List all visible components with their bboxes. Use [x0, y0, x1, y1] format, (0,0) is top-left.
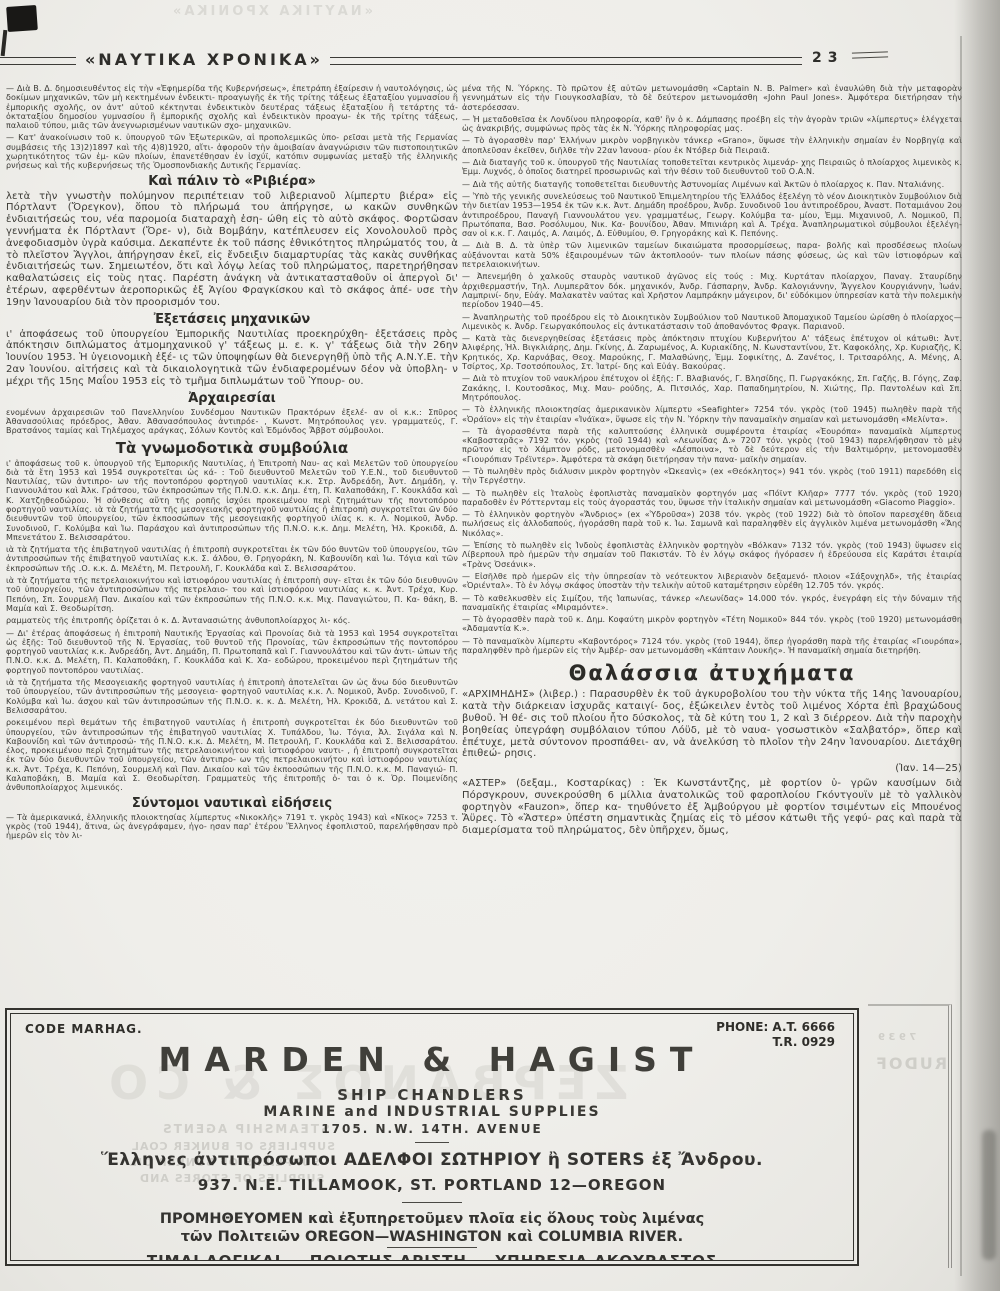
bleed-through-right-numbers: 7 9 3 9 — [878, 1032, 916, 1043]
masthead-rule-right — [330, 57, 802, 65]
section-heading: Τὰ γνωμοδοτικὰ συμβούλια — [6, 439, 458, 457]
ad-divider — [402, 1202, 462, 1203]
ad-divider — [387, 1247, 477, 1248]
news-paragraph: — Ἀναπληρωτὴς τοῦ προέδρου εἰς τὸ Διοικη… — [462, 313, 962, 332]
news-paragraph: «ΑΡΧΙΜΗΔΗΣ» (λιβερ.) : Παρασυρθὲν ἐκ τοῦ… — [462, 689, 962, 760]
news-paragraph: ι' ἀποφάσεως τοῦ κ. ὑπουργοῦ τῆς Ἐμπορικ… — [6, 459, 458, 543]
news-paragraph: — Τὰ ἀμερικανικά, ἑλληνικῆς πλοιοκτησίας… — [6, 813, 458, 841]
news-paragraph: — Κατ' ἀνακοίνωσιν τοῦ κ. ὑπουργοῦ τῶν Ἐ… — [6, 133, 458, 170]
news-paragraph: ιὰ τὰ ζητήματα τῆς πετρελαιοκινήτου καὶ … — [6, 576, 458, 613]
news-paragraph: ι' ἀποφάσεως τοῦ ὑπουργείου Ἐμπορικῆς Να… — [6, 329, 458, 388]
section-heading: Σύντομοι ναυτικαὶ εἰδήσεις — [6, 796, 458, 811]
news-paragraph: ενομένων ἀρχαιρεσιῶν τοῦ Πανελληνίου Συν… — [6, 408, 458, 436]
news-paragraph: — Τὰ ἀγορασθέντα παρὰ τῆς καλυπτούσης ἑλ… — [462, 427, 962, 464]
section-heading: Ἐξετάσεις μηχανικῶν — [6, 312, 458, 327]
news-paragraph: — Ἡ μεταδοθεῖσα ἐκ Λονδίνου πληροφορία, … — [462, 115, 962, 134]
page-number: 23 — [812, 50, 843, 66]
ad-services-line1: ΠΡΟΜΗΘΕΥΟΜΕΝ καὶ ἐξυπηρετοῦμεν πλοῖα εἰς… — [11, 1210, 853, 1228]
ad-portland-address: 937. N.E. TILLAMOOK, ST. PORTLAND 12—ORE… — [11, 1176, 853, 1194]
news-paragraph: — Διὰ τὸ πτυχίον τοῦ ναυκλήρου ἐπέτυχον … — [462, 374, 962, 402]
scanned-magazine-page: «ΝΑΥΤΙΚΑ ΧΡΟΝΙΚΑ» «ΝΑΥΤΙΚΑ ΧΡΟΝΙΚΑ» 23 —… — [0, 0, 1000, 1291]
ad-greek-agents-line: Ἕλληνες ἀντιπρόσωποι ΑΔΕΛΦΟΙ ΣΩΤΗΡΙΟΥ ἢ … — [11, 1150, 853, 1170]
ad-street-address: 1705. N.W. 14TH. AVENUE — [11, 1122, 853, 1136]
news-paragraph: — Ὑπὸ τῆς γενικῆς συνελεύσεως τοῦ Ναυτικ… — [462, 192, 962, 238]
bleed-through-masthead: «ΝΑΥΤΙΚΑ ΧΡΟΝΙΚΑ» — [170, 4, 373, 19]
news-paragraph: μένα τῆς Ν. Ὑόρκης. Τὸ πρῶτον ἐξ αὐτῶν μ… — [462, 84, 962, 112]
news-paragraph: ιὰ τὰ ζητήματα τῆς Μεσογειακῆς φορτηγοῦ … — [6, 678, 458, 715]
ad-subtitle-supplies: MARINE and INDUSTRIAL SUPPLIES — [11, 1104, 853, 1120]
news-paragraph: λετὰ τὴν γνωστὴν πολύμηνον περιπέτειαν τ… — [6, 191, 458, 309]
scan-ink-blot — [6, 5, 38, 32]
news-paragraph: ροκειμένου περὶ θεμάτων τῆς ἐπιβατηγοῦ ν… — [6, 718, 458, 792]
news-paragraph: — Τὸ πωληθὲν εἰς Ἰταλοὺς ἐφοπλιστὰς πανα… — [462, 489, 962, 508]
ad-company-name: MARDEN & HAGIST — [11, 1040, 853, 1079]
ad-divider — [415, 1142, 449, 1143]
news-paragraph: — Ἐπίσης τὸ πωληθὲν εἰς Ἰνδοὺς ἐφοπλιστὰ… — [462, 541, 962, 569]
ad-cable-code: CODE MARHAG. — [25, 1022, 143, 1036]
masthead-rule-end — [852, 51, 888, 58]
news-paragraph: — Τὸ ἀγορασθὲν παρ' Ἑλλήνων μικρὸν νορβη… — [462, 136, 962, 155]
advertisement-inner-border: ΖΕΡΒΑΝΟΣ & CO STEAMSHIP AGENTS SUPPLIERS… — [10, 1013, 854, 1261]
news-paragraph: — Εἰσῆλθε πρὸ ἡμερῶν εἰς τὴν ὑπηρεσίαν τ… — [462, 572, 962, 591]
page-edge-shadow — [954, 0, 1000, 1291]
scan-ink-smudge — [1, 30, 8, 56]
ad-services-text: ΠΡΟΜΗΘΕΥΟΜΕΝ καὶ ἐξυπηρετοῦμεν πλοῖα εἰς… — [11, 1210, 853, 1246]
ad-slogan: ΤΙΜΑΙ ΛΟΓΙΚΑΙ — ΠΟΙΟΤΗΣ ΑΡΙΣΤΗ — ΥΠΗΡΕΣΙ… — [11, 1252, 853, 1261]
news-paragraph: — Τὸ καθελκυσθὲν εἰς Σιμίζου, τῆς Ἰαπωνί… — [462, 594, 962, 613]
news-paragraph: ραμματεὺς τῆς ἐπιτροπῆς ὁρίζεται ὁ κ. Δ.… — [6, 616, 458, 625]
masthead-rule-left — [0, 57, 76, 65]
news-paragraph: — Διὰ Β. Δ. τὰ ὑπὲρ τῶν λιμενικῶν ταμείω… — [462, 241, 962, 269]
news-paragraph: «ΑΣΤΕΡ» (δεξαμ., Κοσταρίκας) : Ἐκ Κωνστά… — [462, 778, 962, 837]
ad-phone-line1: PHONE: A.T. 6666 — [716, 1020, 835, 1035]
masthead-title: «ΝΑΥΤΙΚΑ ΧΡΟΝΙΚΑ» — [84, 50, 324, 69]
news-paragraph: — Τὸ ἀγορασθὲν παρὰ τοῦ κ. Δημ. Κοφαύτη … — [462, 615, 962, 634]
news-paragraph: — Τὸ πωληθὲν πρὸς διάλυσιν μικρὸν φορτηγ… — [462, 467, 962, 486]
news-paragraph: — Τὸ ἑλληνικὸν φορτηγὸν «Ἄνδριος» (ex «Ὑ… — [462, 510, 962, 538]
news-paragraph: — Δι' ἑτέρας ἀποφάσεως ἡ ἐπιτροπὴ Ναυτικ… — [6, 629, 458, 675]
ad-subtitle-ship-chandlers: SHIP CHANDLERS — [11, 1086, 853, 1104]
advertisement-box: ΖΕΡΒΑΝΟΣ & CO STEAMSHIP AGENTS SUPPLIERS… — [5, 1008, 859, 1266]
text-column-right: μένα τῆς Ν. Ὑόρκης. Τὸ πρῶτον ἐξ αὐτῶν μ… — [462, 84, 962, 988]
section-heading: Θαλάσσια ἀτυχήματα — [462, 661, 962, 685]
text-column-left: — Διὰ Β. Δ. δημοσιευθέντος εἰς τὴν «Ἐφημ… — [6, 84, 458, 988]
page-edge-smudge — [982, 1130, 996, 1260]
news-paragraph: — Τὸ παναμαϊκὸν λίμπερτυ «Καβοντόρος» 71… — [462, 637, 962, 656]
news-paragraph: — Ἀπενεμήθη ὁ χαλκοῦς σταυρὸς ναυτικοῦ ἀ… — [462, 272, 962, 309]
news-paragraph: — Κατὰ τὰς διενεργηθείσας ἐξετάσεις πρὸς… — [462, 334, 962, 371]
news-paragraph: — Διὰ διαταγῆς τοῦ κ. ὑπουργοῦ τῆς Ναυτι… — [462, 158, 962, 177]
section-heading: Καὶ πάλιν τὸ «Ριβιέρα» — [6, 174, 458, 189]
news-paragraph: (Ἰαν. 14—25) — [462, 763, 962, 775]
news-paragraph: — Διὰ τῆς αὐτῆς διαταγῆς τοποθετεῖται δι… — [462, 180, 962, 189]
news-paragraph: — Τὸ ἑλληνικῆς πλοιοκτησίας ἀμερικανικὸν… — [462, 405, 962, 424]
adjacent-page-ghost-box: RUDOF 7 9 3 9 — [868, 1004, 952, 1268]
ad-services-line2: τῶν Πολιτειῶν OREGON—WASHINGTON καὶ COLU… — [11, 1228, 853, 1246]
news-paragraph: ιὰ τὰ ζητήματα τῆς ἐπιβατηγοῦ ναυτιλίας … — [6, 545, 458, 573]
news-paragraph: — Διὰ Β. Δ. δημοσιευθέντος εἰς τὴν «Ἐφημ… — [6, 84, 458, 130]
section-heading: Ἀρχαιρεσίαι — [6, 391, 458, 406]
bleed-through-right-fragment: RUDOF — [874, 1054, 947, 1073]
